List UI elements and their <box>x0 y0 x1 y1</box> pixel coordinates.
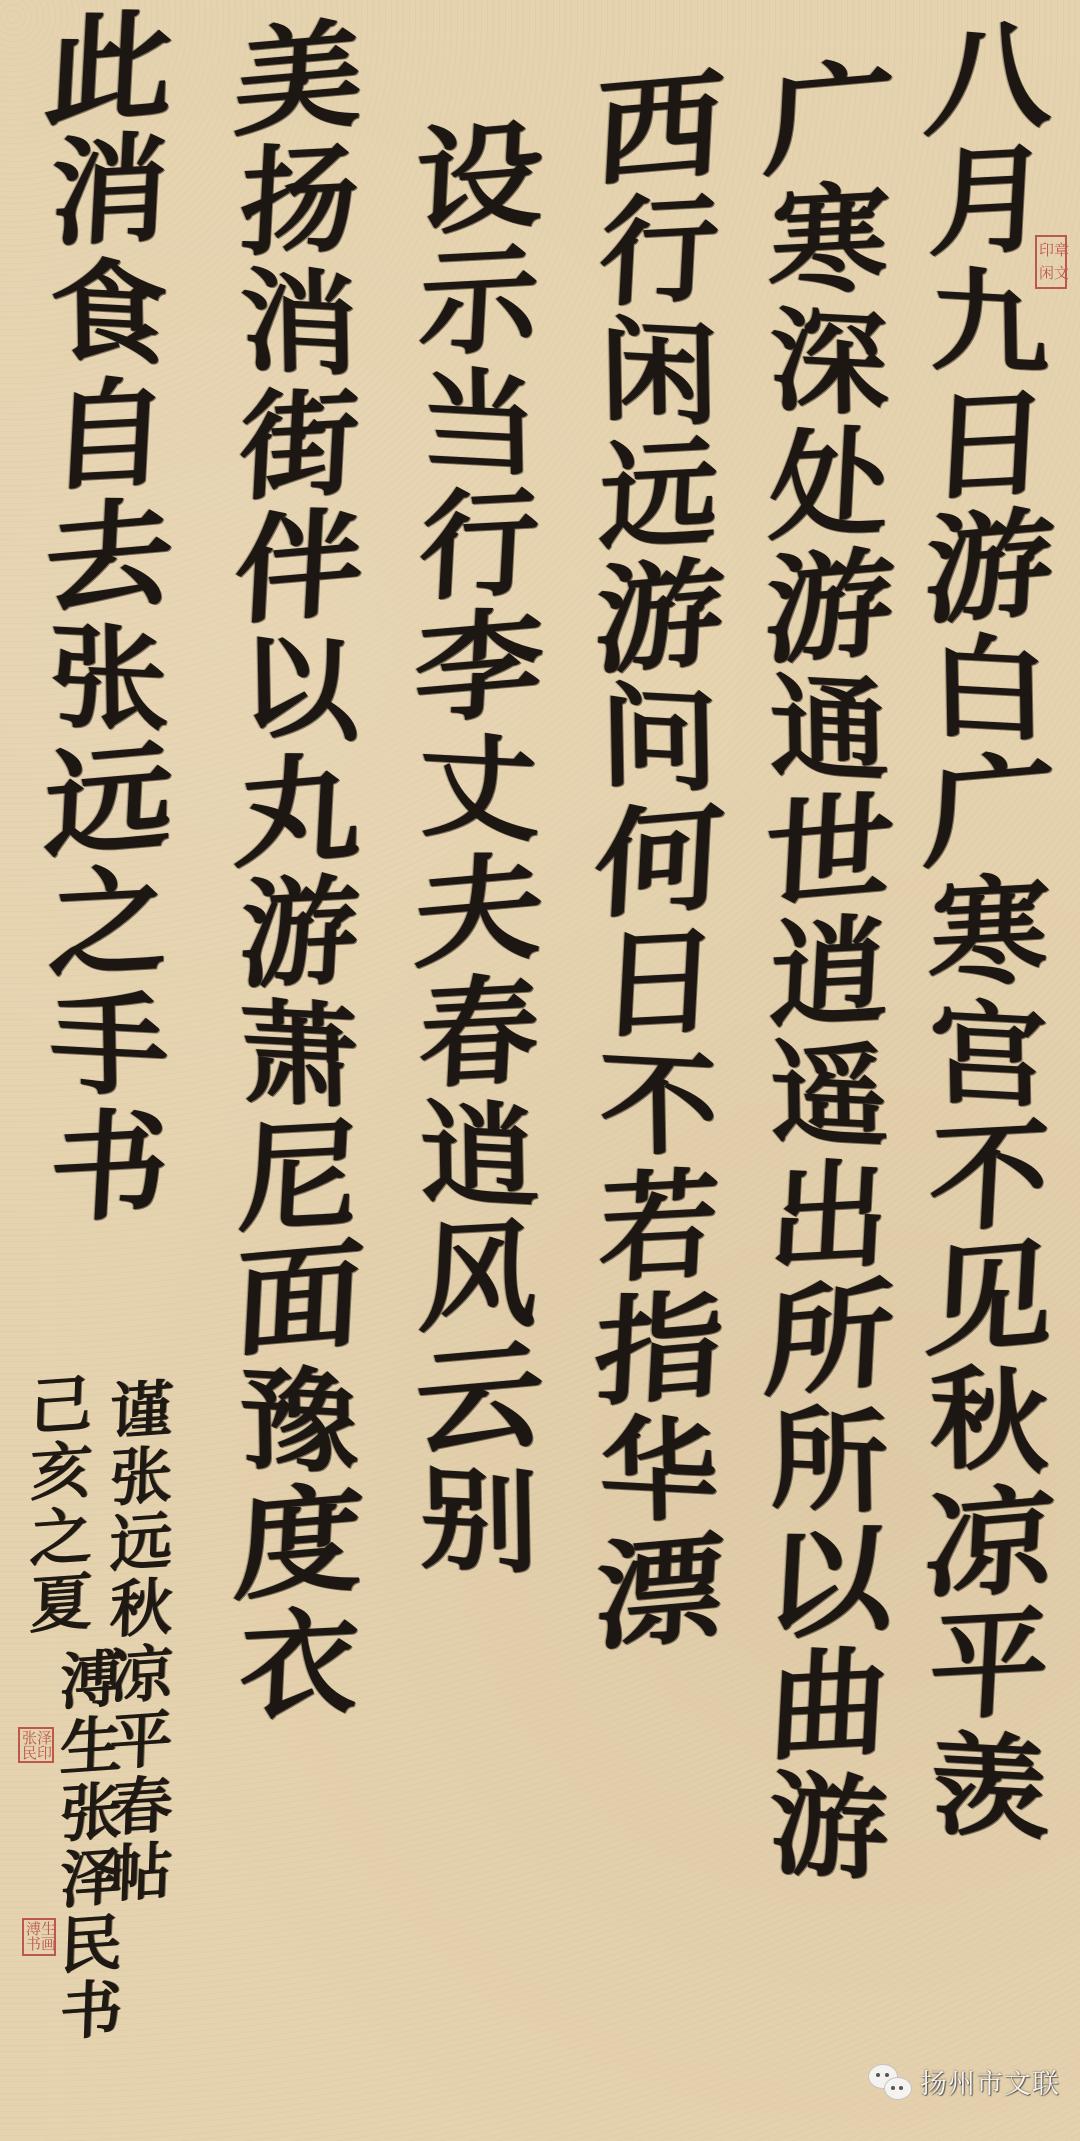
calligraphy-character: 衣 <box>237 1603 362 1731</box>
calligraphy-character: 食 <box>49 254 169 376</box>
seal-glyph: 印 <box>37 1746 52 1761</box>
inscription-character: 之 <box>29 1505 94 1575</box>
calligraphy-character: 别 <box>419 1462 539 1584</box>
calligraphy-character: 行 <box>417 483 542 611</box>
calligraphy-character: 日 <box>927 383 1052 511</box>
calligraphy-character: 度 <box>232 1479 367 1612</box>
seal-upper-right: 印章闲文 <box>1035 235 1067 289</box>
inscription-character: 生 <box>59 1714 124 1784</box>
calligraphy-character: 远 <box>597 433 722 561</box>
calligraphy-character: 街 <box>237 383 362 511</box>
calligraphy-character: 消 <box>239 264 359 386</box>
calligraphy-character: 指 <box>592 1285 727 1418</box>
calligraphy-character: 世 <box>762 787 897 920</box>
calligraphy-character: 游 <box>762 543 897 676</box>
calligraphy-character: 以 <box>762 1519 897 1652</box>
inscription-date: 己亥之夏 <box>30 1375 92 1639</box>
calligraphy-character: 华 <box>599 1412 719 1534</box>
seal-glyph: 民 <box>22 1746 37 1761</box>
calligraphy-character: 羡 <box>929 1728 1049 1850</box>
calligraphy-character: 曲 <box>767 1643 892 1771</box>
calligraphy-character: 丸 <box>232 747 367 880</box>
inscription-character: 己 <box>29 1373 94 1443</box>
inscription-character: 张 <box>59 1780 124 1850</box>
calligraphy-character: 九 <box>929 264 1049 386</box>
calligraphy-character: 游 <box>769 1768 889 1890</box>
calligraphy-column-4: 设示当行李丈夫春逍风云别 <box>420 120 538 1584</box>
seal-name: 张泽民印 <box>18 1727 54 1763</box>
inscription-character: 秋 <box>109 1576 174 1646</box>
calligraphy-character: 书 <box>47 1105 172 1233</box>
calligraphy-character: 游 <box>922 503 1057 636</box>
calligraphy-character: 消 <box>47 129 172 257</box>
inscription-character: 泽 <box>59 1846 124 1916</box>
calligraphy-character: 问 <box>599 680 719 802</box>
calligraphy-character: 此 <box>42 5 177 138</box>
calligraphy-character: 张 <box>49 620 169 742</box>
calligraphy-character: 何 <box>592 797 727 930</box>
calligraphy-character: 寒 <box>927 871 1052 999</box>
calligraphy-character: 不 <box>599 1046 719 1168</box>
calligraphy-character: 逍 <box>419 1096 539 1218</box>
calligraphy-character: 美 <box>232 15 367 148</box>
inscription-character: 民 <box>59 1912 124 1982</box>
calligraphy-character: 自 <box>47 373 172 501</box>
inscription-character: 张 <box>109 1444 174 1514</box>
calligraphy-character: 逍 <box>767 911 892 1039</box>
calligraphy-character: 风 <box>417 1215 542 1343</box>
calligraphy-character: 当 <box>419 364 539 486</box>
calligraphy-character: 手 <box>49 986 169 1108</box>
calligraphy-character: 出 <box>767 1155 892 1283</box>
inscription-character: 溥 <box>59 1648 124 1718</box>
calligraphy-character: 不 <box>927 1115 1052 1243</box>
calligraphy-character: 白 <box>929 630 1049 752</box>
calligraphy-character: 设 <box>412 115 547 248</box>
calligraphy-character: 漂 <box>592 1529 727 1662</box>
wechat-icon <box>868 2064 912 2100</box>
calligraphy-character: 八 <box>922 15 1057 148</box>
calligraphy-character: 扬 <box>237 139 362 267</box>
calligraphy-character: 春 <box>417 971 542 1099</box>
calligraphy-character: 广 <box>922 747 1057 880</box>
calligraphy-character: 月 <box>927 139 1052 267</box>
calligraphy-character: 宫 <box>929 996 1049 1118</box>
calligraphy-character: 寒 <box>767 179 892 307</box>
calligraphy-character: 尼 <box>237 1115 362 1243</box>
calligraphy-character: 平 <box>927 1603 1052 1731</box>
calligraphy-character: 通 <box>769 670 889 792</box>
seal-studio: 溥生书画 <box>22 1918 56 1956</box>
calligraphy-character: 夫 <box>412 847 547 980</box>
calligraphy-character: 日 <box>597 921 722 1049</box>
calligraphy-character: 远 <box>42 737 177 870</box>
calligraphy-character: 若 <box>597 1165 722 1293</box>
calligraphy-column-2: 广寒深处游通世逍遥出所所以曲游 <box>770 60 888 1890</box>
calligraphy-column-1: 八月九日游白广寒宫不见秋凉平羡 <box>930 20 1048 1850</box>
inscription-character: 夏 <box>29 1571 94 1641</box>
calligraphy-character: 所 <box>762 1275 897 1408</box>
calligraphy-character: 去 <box>42 493 177 626</box>
calligraphy-character: 示 <box>417 239 542 367</box>
inscription-character: 谨 <box>109 1378 174 1448</box>
calligraphy-character: 云 <box>412 1335 547 1468</box>
calligraphy-character: 游 <box>237 871 362 999</box>
calligraphy-character: 深 <box>769 304 889 426</box>
calligraphy-character: 之 <box>47 861 172 989</box>
calligraphy-character: 豫 <box>239 1362 359 1484</box>
watermark-text: 扬州市文联 <box>920 2062 1060 2101</box>
seal-glyph: 画 <box>41 1937 56 1952</box>
calligraphy-character: 萧 <box>239 996 359 1118</box>
calligraphy-character: 李 <box>412 603 547 736</box>
seal-glyph: 印 <box>1039 243 1054 258</box>
inscription-character: 书 <box>59 1978 124 2048</box>
calligraphy-character: 行 <box>597 189 722 317</box>
inscription-character: 亥 <box>29 1439 94 1509</box>
calligraphy-character: 丈 <box>419 730 539 852</box>
watermark: 扬州市文联 <box>868 2062 1060 2101</box>
seal-glyph: 文 <box>1054 266 1069 281</box>
calligraphy-character: 西 <box>592 65 727 198</box>
seal-glyph: 闲 <box>1039 266 1054 281</box>
calligraphy-character: 广 <box>762 55 897 188</box>
calligraphy-column-3: 西行闲远游问何日不若指华漂 <box>600 70 718 1656</box>
calligraphy-character: 所 <box>769 1402 889 1524</box>
calligraphy-character: 见 <box>922 1235 1057 1368</box>
calligraphy-character: 秋 <box>929 1362 1049 1484</box>
calligraphy-column-6: 此消食自去张远之手书 <box>50 10 168 1230</box>
calligraphy-column-5: 美扬消街伴以丸游萧尼面豫度衣 <box>240 20 358 1728</box>
calligraphy-character: 游 <box>592 553 727 686</box>
calligraphy-character: 伴 <box>232 503 367 636</box>
seal-glyph: 章 <box>1054 243 1069 258</box>
calligraphy-character: 遥 <box>769 1036 889 1158</box>
seal-glyph: 书 <box>26 1937 41 1952</box>
calligraphy-character: 处 <box>767 423 892 551</box>
inscription-character: 远 <box>109 1510 174 1580</box>
inscription-signature: 溥生张泽民书 <box>60 1650 122 2046</box>
calligraphy-character: 闲 <box>599 314 719 436</box>
calligraphy-character: 面 <box>232 1235 367 1368</box>
calligraphy-character: 凉 <box>922 1479 1057 1612</box>
calligraphy-character: 以 <box>239 630 359 752</box>
